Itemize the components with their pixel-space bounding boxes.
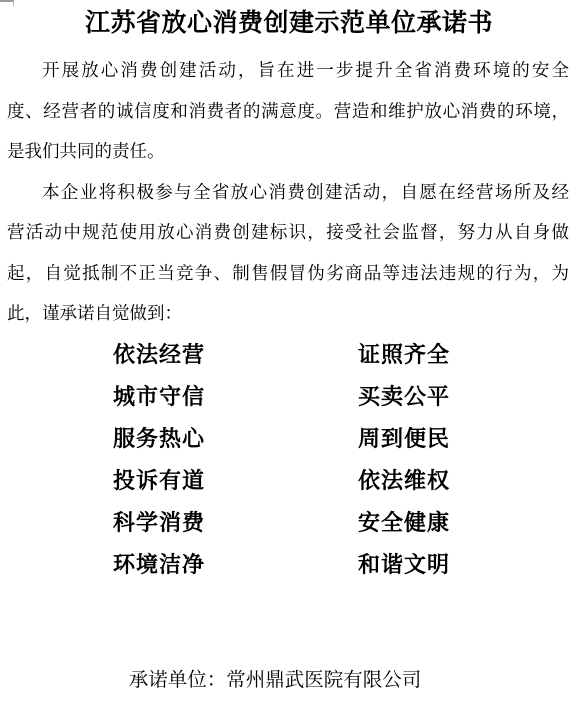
commitment-row: 服务热心 周到便民 (0, 418, 578, 460)
commitment-item: 依法经营 (113, 334, 358, 376)
commitment-item: 安全健康 (358, 502, 578, 544)
document-title: 江苏省放心消费创建示范单位承诺书 (0, 0, 578, 39)
commitment-item: 科学消费 (113, 502, 358, 544)
page-corner-artifact (0, 0, 14, 6)
footer-company: 常州鼎武医院有限公司 (226, 670, 421, 691)
commitment-item: 投诉有道 (113, 460, 358, 502)
commitment-item: 证照齐全 (358, 334, 578, 376)
commitment-item: 买卖公平 (358, 376, 578, 418)
commitment-item: 周到便民 (358, 418, 578, 460)
commitment-item: 服务热心 (113, 418, 358, 460)
paragraph-line: 开展放心消费创建活动，旨在进一步提升全省消费环境的安全 (7, 50, 569, 91)
commitment-item: 城市守信 (113, 376, 358, 418)
paragraph-intro: 开展放心消费创建活动，旨在进一步提升全省消费环境的安全 度、经营者的诚信度和消费… (7, 50, 569, 172)
paragraph-line: 此，谨承诺自觉做到： (7, 293, 569, 334)
commitment-row: 依法经营 证照齐全 (0, 334, 578, 376)
commitment-item: 和谐文明 (358, 544, 578, 586)
paragraph-line: 营活动中规范使用放心消费创建标识，接受社会监督，努力从自身做 (7, 212, 569, 253)
commitment-item: 环境洁净 (113, 544, 358, 586)
paragraph-line: 是我们共同的责任。 (7, 131, 569, 172)
document-body: 开展放心消费创建活动，旨在进一步提升全省消费环境的安全 度、经营者的诚信度和消费… (7, 50, 569, 334)
commitment-row: 环境洁净 和谐文明 (0, 544, 578, 586)
commitments-list: 依法经营 证照齐全 城市守信 买卖公平 服务热心 周到便民 投诉有道 依法维权 … (0, 334, 578, 586)
document-page: 江苏省放心消费创建示范单位承诺书 开展放心消费创建活动，旨在进一步提升全省消费环… (0, 0, 578, 701)
paragraph-line: 本企业将积极参与全省放心消费创建活动，自愿在经营场所及经 (7, 172, 569, 213)
paragraph-line: 起，自觉抵制不正当竞争、制售假冒伪劣商品等违法违规的行为，为 (7, 253, 569, 294)
paragraph-pledge: 本企业将积极参与全省放心消费创建活动，自愿在经营场所及经 营活动中规范使用放心消… (7, 172, 569, 334)
paragraph-line: 度、经营者的诚信度和消费者的满意度。营造和维护放心消费的环境， (7, 91, 569, 132)
commitment-row: 投诉有道 依法维权 (0, 460, 578, 502)
commitment-row: 城市守信 买卖公平 (0, 376, 578, 418)
footer-label: 承诺单位： (129, 670, 227, 691)
commitment-row: 科学消费 安全健康 (0, 502, 578, 544)
footer-signature-line: 承诺单位：常州鼎武医院有限公司 (0, 669, 564, 693)
commitment-item: 依法维权 (358, 460, 578, 502)
